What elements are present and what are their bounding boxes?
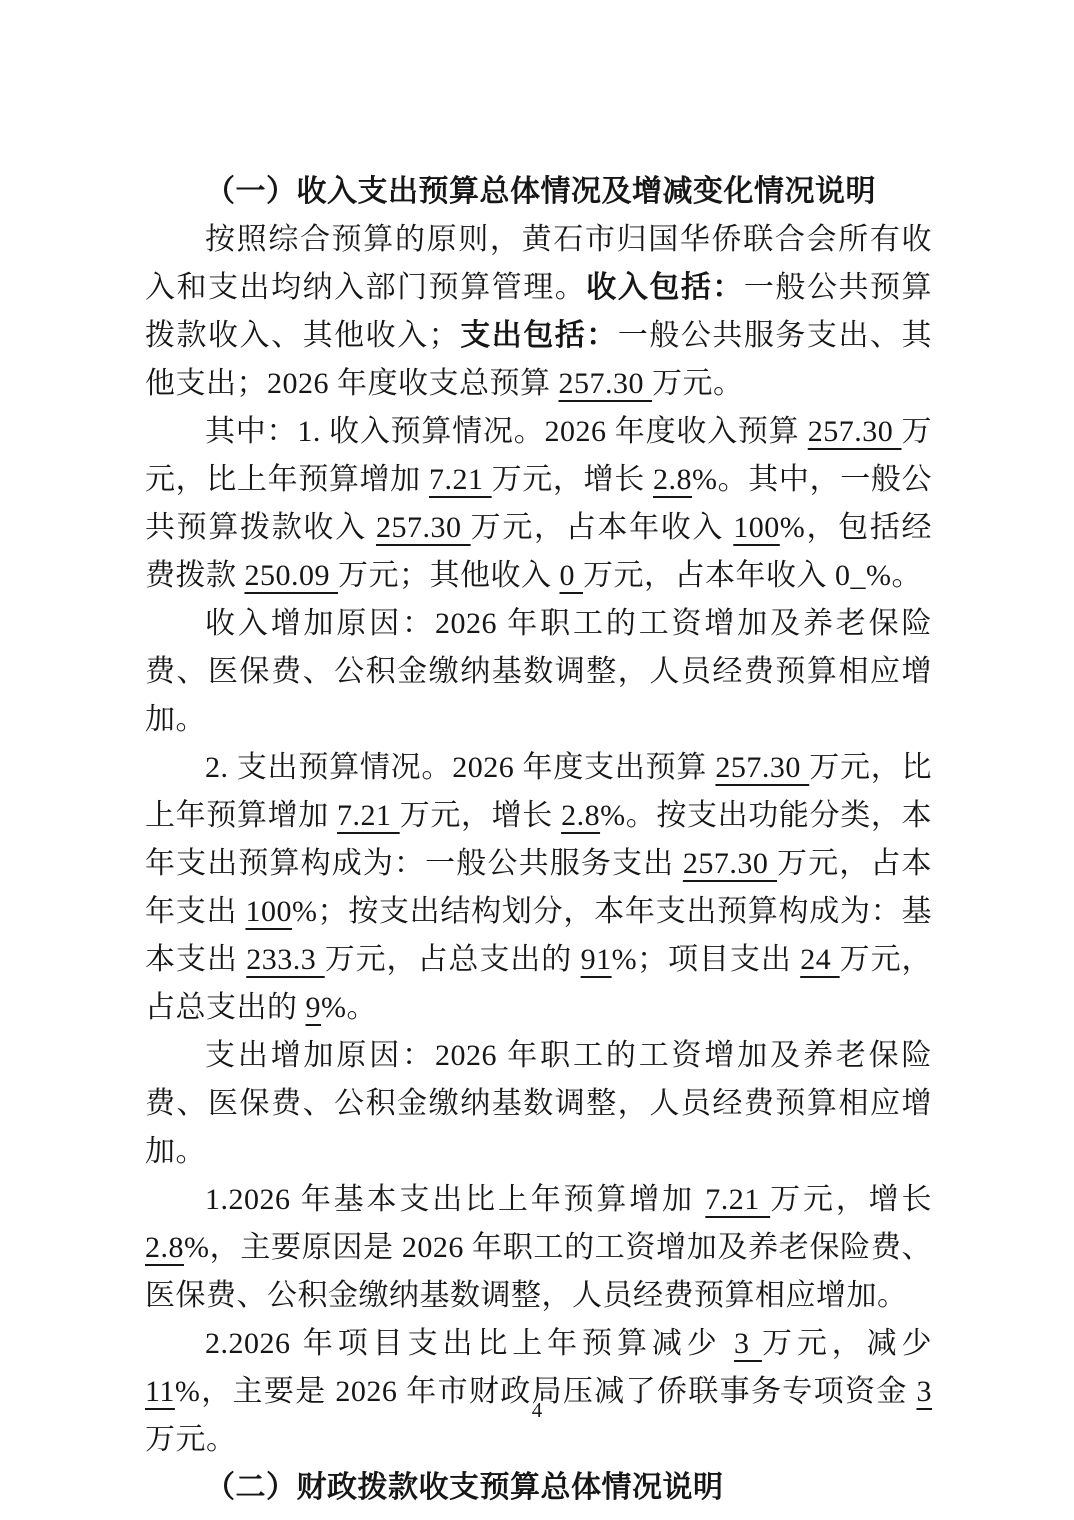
body-paragraph: 2.2026 年项目支出比上年预算减少 3 万元，减少 11%，主要是 2026… [145,1320,932,1464]
underlined-value: 0 [560,559,584,592]
text-segment: 2.2026 年项目支出比上年预算减少 [205,1327,734,1360]
bold-label: 支出包括： [459,319,618,352]
underlined-value: 9 [306,991,322,1024]
underlined-value: 257.30 [808,415,902,448]
text-segment: 万元。 [652,367,744,400]
text-segment: 万元。 [145,1423,237,1456]
body-paragraph: 按照综合预算的原则，黄石市归国华侨联合会所有收入和支出均纳入部门预算管理。收入包… [145,216,932,408]
page-footer: 4 [0,1398,1074,1423]
text-segment: 收入增加原因：2026 年职工的工资增加及养老保险费、医保费、公积金缴纳基数调整… [145,607,932,736]
body-paragraph: 1.2026 年基本支出比上年预算增加 7.21 万元，增长 2.8%，主要原因… [145,1176,932,1320]
underlined-value: 2.8 [653,463,692,496]
bold-label: 收入包括： [586,271,744,304]
text-segment: 万元，占本年收入 0_%。 [583,559,922,592]
underlined-value: 24 [800,943,839,976]
body-paragraph: 支出增加原因：2026 年职工的工资增加及养老保险费、医保费、公积金缴纳基数调整… [145,1032,932,1176]
underlined-value: 257.30 [715,751,809,784]
document-body: （一）收入支出预算总体情况及增减变化情况说明按照综合预算的原则，黄石市归国华侨联… [145,168,932,1512]
underlined-value: 257.30 [376,511,471,544]
underlined-value: 250.09 [245,559,339,592]
underlined-value: 100 [245,895,292,928]
section-heading: （一）收入支出预算总体情况及增减变化情况说明 [145,168,932,216]
text-segment: %，主要原因是 2026 年职工的工资增加及养老保险费、医保费、公积金缴纳基数调… [145,1231,932,1312]
text-segment: %；项目支出 [612,943,801,976]
text-segment: （二）财政拨款收支预算总体情况说明 [205,1471,724,1504]
text-segment: 万元，增长 [770,1183,932,1216]
text-segment: 万元；其他收入 [338,559,560,592]
text-segment: 万元，增长 [492,463,653,496]
underlined-value: 2.8 [145,1231,184,1264]
text-segment: 万元，减少 [762,1327,932,1360]
underlined-value: 2.8 [561,799,600,832]
text-segment: 支出增加原因：2026 年职工的工资增加及养老保险费、医保费、公积金缴纳基数调整… [145,1039,932,1168]
body-paragraph: 2. 支出预算情况。2026 年度支出预算 257.30 万元，比上年预算增加 … [145,744,932,1032]
body-paragraph: 收入增加原因：2026 年职工的工资增加及养老保险费、医保费、公积金缴纳基数调整… [145,600,932,744]
underlined-value: 257.30 [683,847,777,880]
body-paragraph: 其中：1. 收入预算情况。2026 年度收入预算 257.30 万元，比上年预算… [145,408,932,600]
text-segment: （一）收入支出预算总体情况及增减变化情况说明 [205,175,876,208]
underlined-value: 233.3 [246,943,324,976]
text-segment: 万元，占本年收入 [471,511,734,544]
text-segment: 万元，增长 [400,799,561,832]
text-segment: 其中：1. 收入预算情况。2026 年度收入预算 [205,415,808,448]
text-segment: 1.2026 年基本支出比上年预算增加 [205,1183,705,1216]
text-segment: 2. 支出预算情况。2026 年度支出预算 [205,751,715,784]
underlined-value: 3 [734,1327,762,1360]
document-page: （一）收入支出预算总体情况及增减变化情况说明按照综合预算的原则，黄石市归国华侨联… [0,0,1074,1520]
underlined-value: 7.21 [429,463,492,496]
underlined-value: 7.21 [705,1183,770,1216]
underlined-value: 257.30 [559,367,653,400]
page-number: 4 [532,1398,543,1422]
underlined-value: 100 [733,511,780,544]
section-heading: （二）财政拨款收支预算总体情况说明 [145,1464,932,1512]
text-segment: 万元，占总支出的 [325,943,581,976]
underlined-value: 91 [581,943,612,976]
underlined-value: 7.21 [337,799,400,832]
text-segment: %。 [321,991,377,1024]
